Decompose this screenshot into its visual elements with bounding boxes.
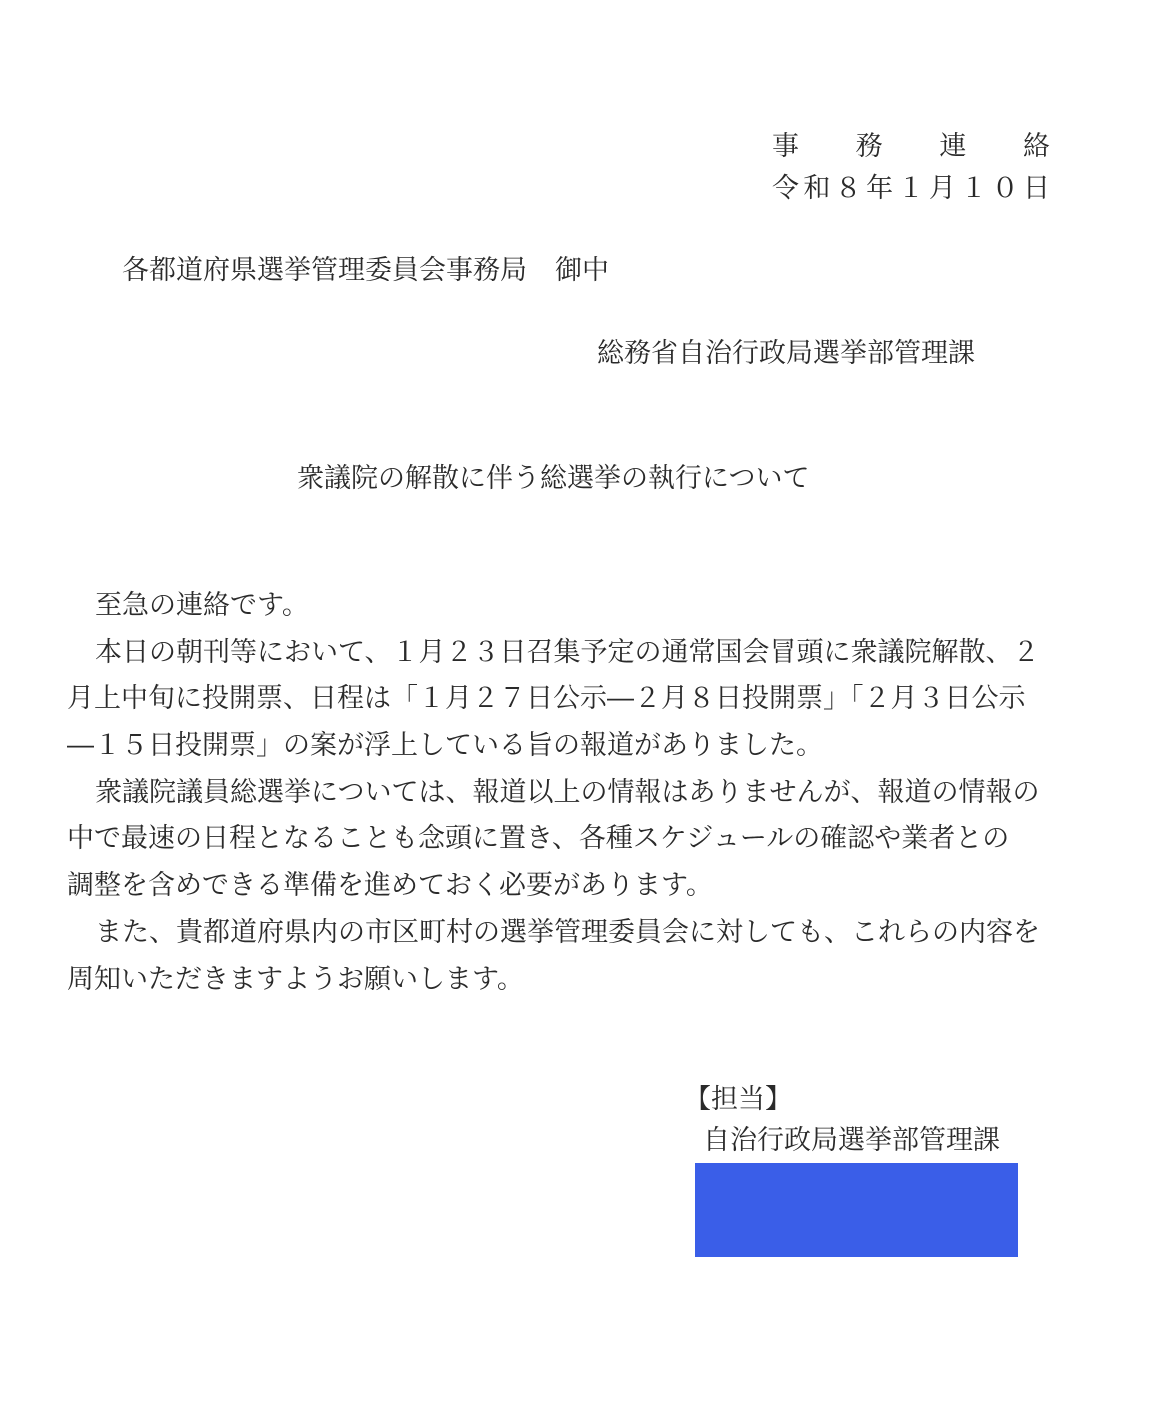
body-line: 月上中旬に投開票、日程は「１月２７日公示―２月８日投開票」「２月３日公示 [67,679,1053,726]
body-line: また、貴都道府県内の市区町村の選挙管理委員会に対しても、これらの内容を [67,913,1053,960]
date-char: 令 [772,170,799,208]
date-char: ０ [992,170,1019,208]
addressee-name: 各都道府県選挙管理委員会事務局 [122,255,527,286]
document-type-char: 事 [772,128,799,166]
date-char: ８ [835,170,862,208]
redacted-contact-info [695,1163,1018,1257]
document-type-char: 務 [856,128,883,166]
contact-label: 【担当】 [684,1081,792,1119]
date-char: １ [898,170,925,208]
date-char: １ [960,170,987,208]
date-char: 年 [866,170,893,208]
document-type-char: 連 [939,128,966,166]
sender: 総務省自治行政局選挙部管理課 [597,335,975,373]
body-line: 中で最速の日程となることも念頭に置き、各種スケジュールの確認や業者との [67,819,1053,866]
contact-department: 自治行政局選挙部管理課 [703,1122,1000,1160]
document-body: 至急の連絡です。 本日の朝刊等において、１月２３日召集予定の通常国会冒頭に衆議院… [67,586,1053,1006]
body-line: ―１５日投開票」の案が浮上している旨の報道がありました。 [67,726,1053,773]
body-line: 衆議院議員総選挙については、報道以上の情報はありませんが、報道の情報の [67,773,1053,820]
date-char: 和 [803,170,830,208]
body-line: 調整を含めできる準備を進めておく必要があります。 [67,866,1053,913]
document-type-char: 絡 [1023,128,1050,166]
body-line: 本日の朝刊等において、１月２３日召集予定の通常国会冒頭に衆議院解散、２ [67,633,1053,680]
document-type: 事 務 連 絡 [772,128,1050,166]
date-char: 月 [929,170,956,208]
addressee: 各都道府県選挙管理委員会事務局御中 [122,252,609,290]
body-line: 周知いただきますようお願いします。 [67,960,1053,1007]
document-subject: 衆議院の解散に伴う総選挙の執行について [297,460,809,498]
body-line: 至急の連絡です。 [67,586,1053,633]
date-char: 日 [1023,170,1050,208]
addressee-honorific: 御中 [555,255,609,286]
document-date: 令 和 ８ 年 １ 月 １ ０ 日 [772,170,1050,208]
